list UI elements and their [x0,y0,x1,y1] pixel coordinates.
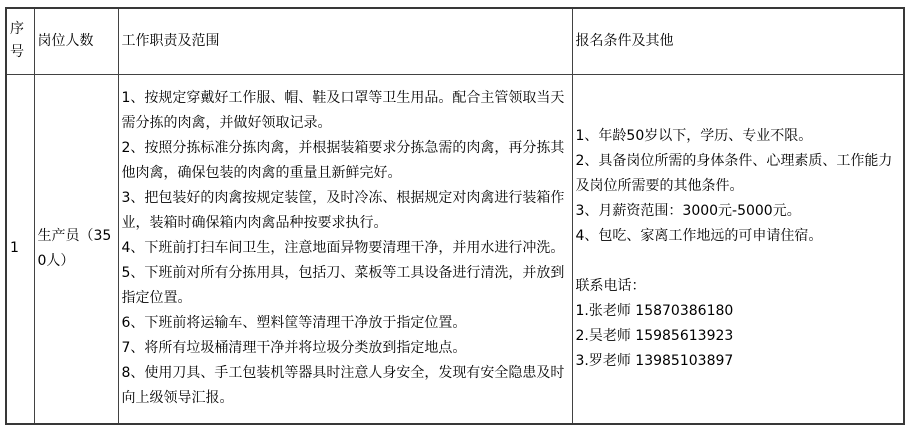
condition-item-4: 4、包吃、家离工作地远的可申请住宿。 [576,224,901,249]
cell-serial-number: 1 [6,74,34,424]
condition-item-1: 1、年龄50岁以下，学历、专业不限。 [576,124,901,149]
duty-item-1: 1、按规定穿戴好工作服、帽、鞋及口罩等卫生用品。配合主管领取当天需分拣的肉禽，并… [122,86,569,136]
duty-item-5: 5、下班前对所有分拣用具，包括刀、菜板等工具设备进行清洗，并放到指定位置。 [122,261,569,311]
duty-item-4: 4、下班前打扫车间卫生，注意地面异物要清理干净，并用水进行冲洗。 [122,236,569,261]
spacer [576,249,901,274]
header-duties: 工作职责及范围 [118,8,572,74]
contact-item-3: 3.罗老师 13985103897 [576,349,901,374]
duty-item-6: 6、下班前将运输车、塑料筐等清理干净放于指定位置。 [122,311,569,336]
cell-duties: 1、按规定穿戴好工作服、帽、鞋及口罩等卫生用品。配合主管领取当天需分拣的肉禽，并… [118,74,572,424]
page: 序号 岗位人数 工作职责及范围 报名条件及其他 1 生产员（350人） 1、按规… [0,0,912,434]
table-row: 1 生产员（350人） 1、按规定穿戴好工作服、帽、鞋及口罩等卫生用品。配合主管… [6,74,904,424]
cell-position-headcount: 生产员（350人） [34,74,118,424]
duty-item-8: 8、使用刀具、手工包装机等器具时注意人身安全，发现有安全隐患及时向上级领导汇报。 [122,361,569,411]
header-conditions: 报名条件及其他 [572,8,904,74]
contact-item-1: 1.张老师 15870386180 [576,299,901,324]
header-serial: 序号 [6,8,34,74]
duty-item-2: 2、按照分拣标准分拣肉禽，并根据装箱要求分拣急需的肉禽，再分拣其他肉禽，确保包装… [122,136,569,186]
duty-item-3: 3、把包装好的肉禽按规定装筐，及时冷冻、根据规定对肉禽进行装箱作业，装箱时确保箱… [122,186,569,236]
contact-item-2: 2.吴老师 15985613923 [576,324,901,349]
table-header-row: 序号 岗位人数 工作职责及范围 报名条件及其他 [6,8,904,74]
contact-title: 联系电话： [576,274,901,299]
condition-item-3: 3、月薪资范围：3000元-5000元。 [576,199,901,224]
duty-item-7: 7、将所有垃圾桶清理干净并将垃圾分类放到指定地点。 [122,336,569,361]
header-position: 岗位人数 [34,8,118,74]
recruitment-table: 序号 岗位人数 工作职责及范围 报名条件及其他 1 生产员（350人） 1、按规… [5,7,905,425]
condition-item-2: 2、具备岗位所需的身体条件、心理素质、工作能力及岗位所需要的其他条件。 [576,149,901,199]
cell-conditions: 1、年龄50岁以下，学历、专业不限。 2、具备岗位所需的身体条件、心理素质、工作… [572,74,904,424]
